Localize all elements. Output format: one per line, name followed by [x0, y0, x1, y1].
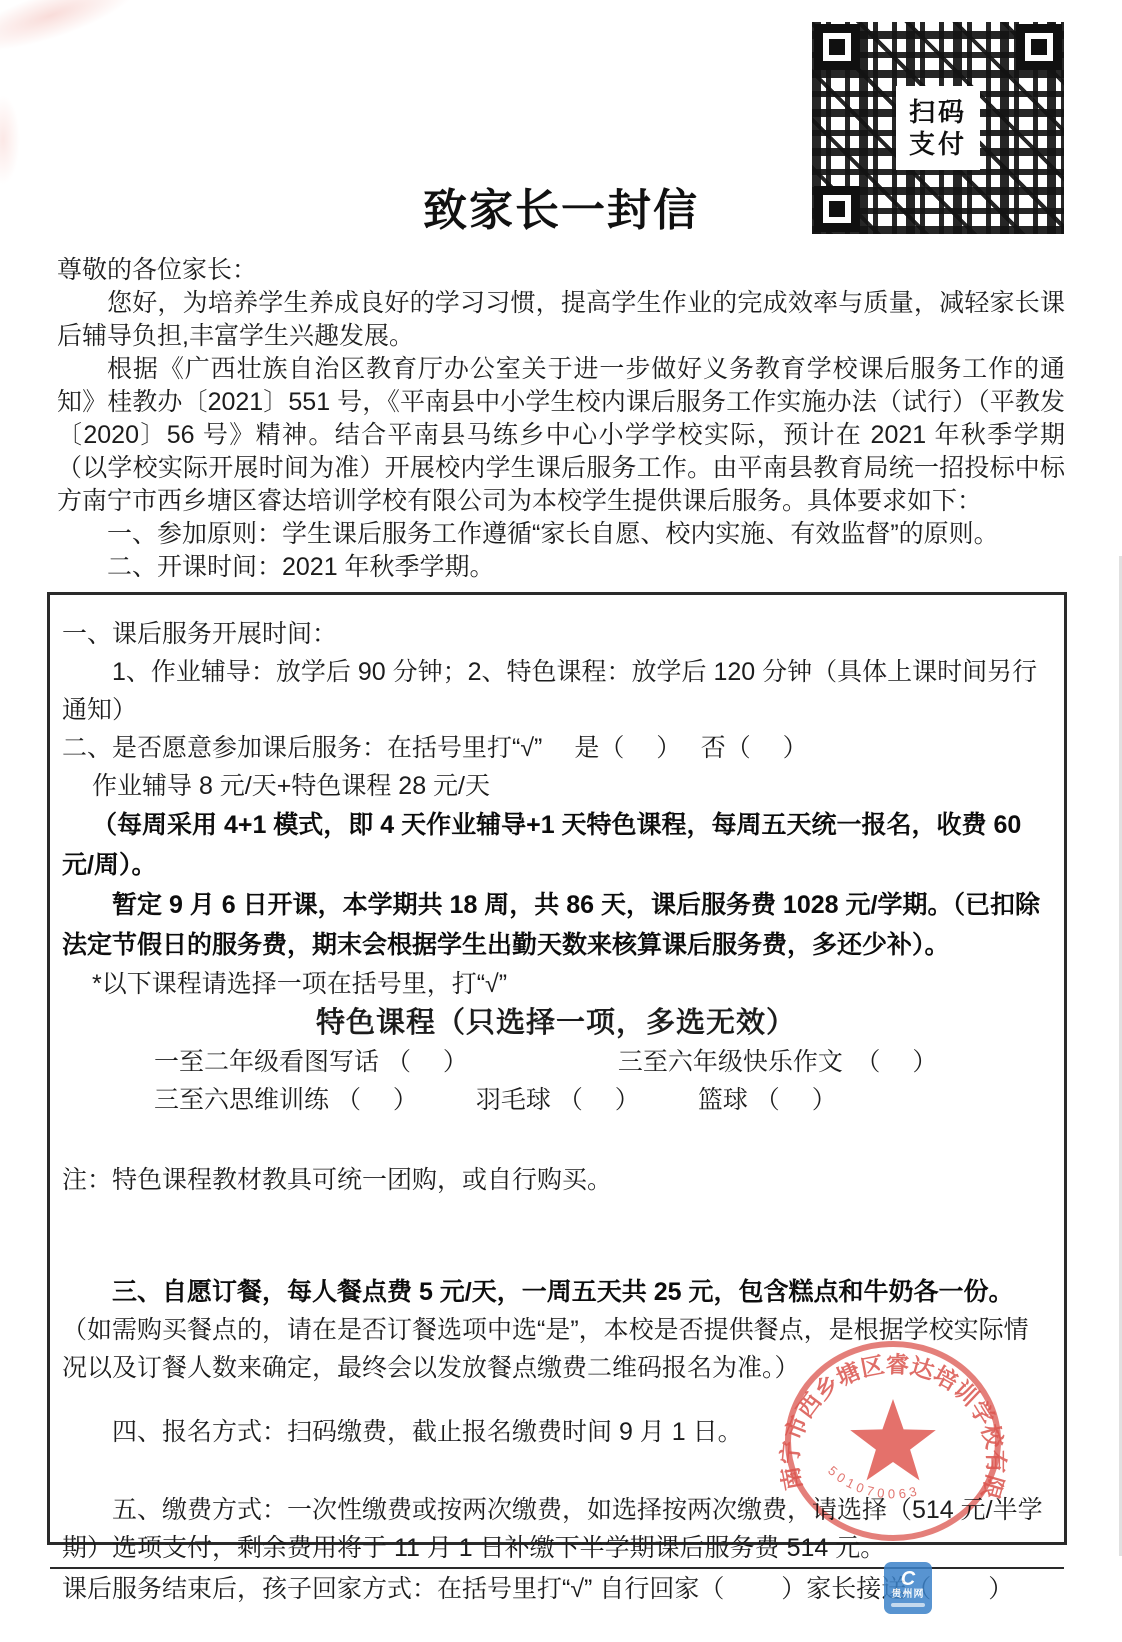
qr-finder-icon: [1016, 24, 1062, 70]
watermark-swirl-icon: C: [901, 1569, 915, 1589]
site-watermark-logo: C 贵州网: [884, 1562, 932, 1614]
intro-paragraph-1: 您好，为培养学生养成良好的学习习惯，提高学生作业的完成效率与质量，减轻家长课后辅…: [57, 287, 1065, 353]
course-heading: 特色课程（只选择一项，多选无效）: [62, 1003, 1050, 1043]
pickup-row-text: 课后服务结束后，孩子回家方式：在括号里打“√” 自行回家（ ）家长接送（ ）: [62, 1569, 1013, 1605]
course-options-row-2: 三至六思维训练 （ ） 羽毛球 （ ） 篮球 （ ）: [62, 1081, 1050, 1119]
box-line-willingness: 二、是否愿意参加课后服务：在括号里打“√” 是（ ） 否（ ）: [62, 729, 1050, 767]
start-time-item: 二、开课时间：2021 年秋季学期。: [57, 551, 1065, 584]
course-option: 三至六年级快乐作文 （ ）: [618, 1043, 937, 1081]
box-line-price: 作业辅导 8 元/天+特色课程 28 元/天: [62, 767, 1050, 805]
meal-section-bold: 三、自愿订餐，每人餐点费 5 元/天，一周五天共 25 元，包含糕点和牛奶各一份…: [112, 1278, 1013, 1306]
course-option: 三至六思维训练 （ ）: [154, 1081, 418, 1119]
intro-paragraph-2: 根据《广西壮族自治区教育厅办公室关于进一步做好义务教育学校课后服务工作的通知》桂…: [57, 353, 1065, 518]
qr-label-line1: 扫码: [909, 97, 967, 127]
scan-smudge-left: [0, 95, 20, 185]
course-option: 一至二年级看图写话 （ ）: [154, 1043, 468, 1081]
qr-finder-icon: [814, 24, 860, 70]
salutation: 尊敬的各位家长：: [57, 254, 1065, 287]
course-option: 篮球 （ ）: [698, 1081, 837, 1119]
watermark-name: 贵州网: [892, 1589, 925, 1601]
principle-item: 一、参加原则：学生课后服务工作遵循“家长自愿、校内实施、有效监督”的原则。: [57, 518, 1065, 551]
letter-page: 扫码 支付 致家长一封信 尊敬的各位家长： 您好，为培养学生养成良好的学习习惯，…: [0, 0, 1122, 1642]
watermark-tagline-bar: [891, 1603, 925, 1607]
box-line-semester-fee: 暂定 9 月 6 日开课，本学期共 18 周，共 86 天，课后服务费 1028…: [62, 885, 1050, 965]
qr-label-line2: 支付: [909, 129, 967, 159]
qr-center-label: 扫码 支付: [896, 86, 980, 170]
intro-section: 尊敬的各位家长： 您好，为培养学生养成良好的学习习惯，提高学生作业的完成效率与质…: [57, 254, 1065, 584]
scan-smudge-top: [0, 0, 143, 56]
box-line-choose-hint: *以下课程请选择一项在括号里，打“√”: [62, 965, 1050, 1003]
course-options-row-1: 一至二年级看图写话 （ ） 三至六年级快乐作文 （ ）: [62, 1043, 1050, 1081]
materials-note: 注：特色课程教材教具可统一团购，或自行购买。: [62, 1161, 1050, 1199]
box-line-schedule-title: 一、课后服务开展时间：: [62, 615, 1050, 653]
box-line-weekly-mode: （每周采用 4+1 模式，即 4 天作业辅导+1 天特色课程，每周五天统一报名，…: [62, 805, 1050, 885]
course-option: 羽毛球 （ ）: [476, 1081, 640, 1119]
seal-star-icon: [850, 1399, 936, 1480]
company-seal: 南宁市西乡塘区睿达培训学校有限公司 501070063: [778, 1338, 1008, 1548]
page-title: 致家长一封信: [0, 185, 1122, 237]
box-line-schedule-detail: 1、作业辅导：放学后 90 分钟；2、特色课程：放学后 120 分钟（具体上课时…: [62, 653, 1050, 729]
